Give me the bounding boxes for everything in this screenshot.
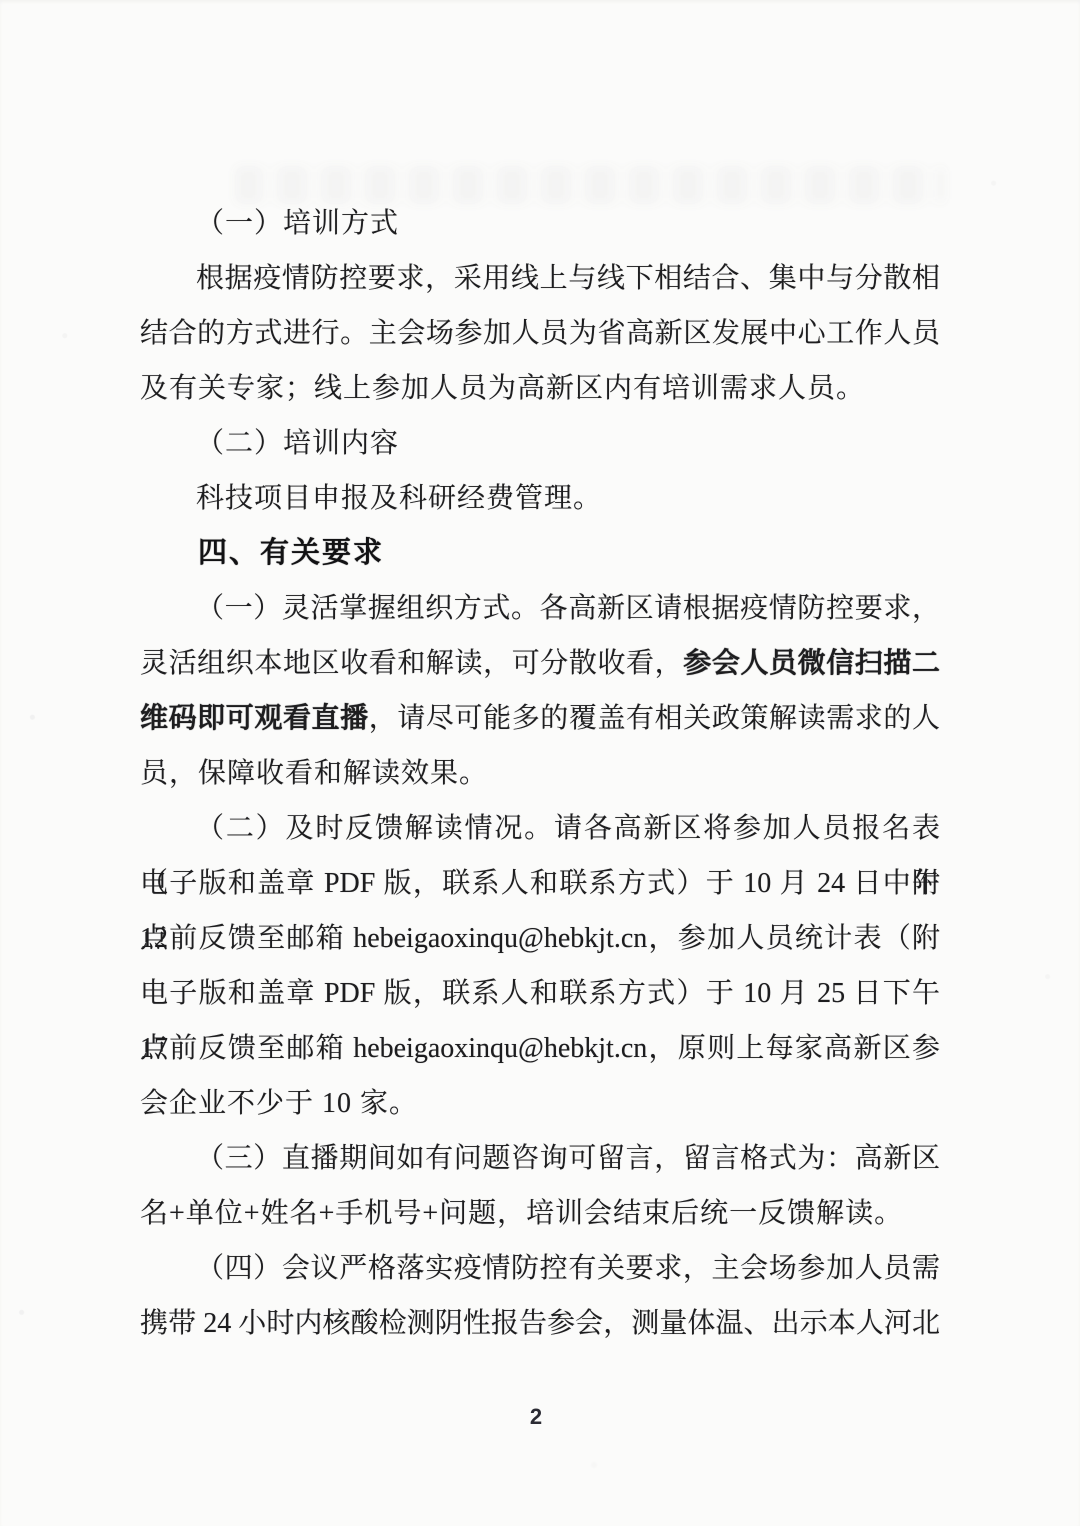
text-line: 科技项目申报及科研经费管理。 — [140, 471, 940, 526]
text-line: （一）灵活掌握组织方式。各高新区请根据疫情防控要求， — [140, 581, 940, 636]
text-line: （二）培训内容 — [140, 416, 940, 471]
document-body: （一）培训方式根据疫情防控要求，采用线上与线下相结合、集中与分散相结合的方式进行… — [140, 196, 940, 1351]
text-line: （二）及时反馈解读情况。请各高新区将参加人员报名表（附 — [140, 801, 940, 856]
text-segment: 及有关专家；线上参加人员为高新区内有培训需求人员。 — [140, 373, 865, 404]
text-line: 会企业不少于 10 家。 — [140, 1076, 940, 1131]
text-line: （一）培训方式 — [140, 196, 940, 251]
text-segment: 结合的方式进行。主会场参加人员为省高新区发展中心工作人员 — [140, 318, 940, 349]
text-line: （三）直播期间如有问题咨询可留言，留言格式为：高新区 — [140, 1131, 940, 1186]
section-heading: 四、有关要求 — [140, 526, 940, 581]
text-line: 点前反馈至邮箱 hebeigaoxinqu@hebkjt.cn，参加人员统计表（… — [140, 911, 940, 966]
text-line: 及有关专家；线上参加人员为高新区内有培训需求人员。 — [140, 361, 940, 416]
text-segment: （三）直播期间如有问题咨询可留言，留言格式为：高新区 — [196, 1143, 940, 1174]
text-line: 携带 24 小时内核酸检测阴性报告参会，测量体温、出示本人河北 — [140, 1296, 940, 1351]
text-segment: （二）培训内容 — [196, 428, 399, 459]
text-segment: 名+单位+姓名+手机号+问题，培训会结束后统一反馈解读。 — [140, 1198, 903, 1229]
text-line: 员，保障收看和解读效果。 — [140, 746, 940, 801]
text-segment: 点前反馈至邮箱 hebeigaoxinqu@hebkjt.cn，参加人员统计表（… — [140, 923, 940, 954]
text-segment: （一）灵活掌握组织方式。各高新区请根据疫情防控要求， — [196, 593, 940, 624]
text-segment: 携带 24 小时内核酸检测阴性报告参会，测量体温、出示本人河北 — [140, 1308, 940, 1339]
text-line: 点前反馈至邮箱 hebeigaoxinqu@hebkjt.cn，原则上每家高新区… — [140, 1021, 940, 1076]
text-segment: 点前反馈至邮箱 hebeigaoxinqu@hebkjt.cn，原则上每家高新区… — [140, 1033, 940, 1064]
text-line: 电子版和盖章 PDF 版，联系人和联系方式）于 10 月 24 日中午 12 — [140, 856, 940, 911]
text-segment: 灵活组织本地区收看和解读，可分散收看， — [140, 648, 683, 679]
text-segment: （四）会议严格落实疫情防控有关要求，主会场参加人员需 — [196, 1253, 940, 1284]
emphasized-text: 四、有关要求 — [198, 537, 384, 569]
text-line: 名+单位+姓名+手机号+问题，培训会结束后统一反馈解读。 — [140, 1186, 940, 1241]
document-page: （一）培训方式根据疫情防控要求，采用线上与线下相结合、集中与分散相结合的方式进行… — [0, 0, 1080, 1526]
text-segment: （一）培训方式 — [196, 208, 399, 239]
emphasized-text: 维码即可观看直播 — [140, 703, 369, 734]
text-segment: 员，保障收看和解读效果。 — [140, 758, 488, 789]
text-segment: ，请尽可能多的覆盖有相关政策解读需求的人 — [369, 703, 940, 734]
text-line: 根据疫情防控要求，采用线上与线下相结合、集中与分散相 — [140, 251, 940, 306]
text-line: 维码即可观看直播，请尽可能多的覆盖有相关政策解读需求的人 — [140, 691, 940, 746]
page-number: 2 — [0, 1402, 1072, 1432]
text-segment: 根据疫情防控要求，采用线上与线下相结合、集中与分散相 — [196, 263, 940, 294]
text-segment: 会企业不少于 10 家。 — [140, 1088, 418, 1119]
text-line: 结合的方式进行。主会场参加人员为省高新区发展中心工作人员 — [140, 306, 940, 361]
text-line: 电子版和盖章 PDF 版，联系人和联系方式）于 10 月 25 日下午 17 — [140, 966, 940, 1021]
text-line: （四）会议严格落实疫情防控有关要求，主会场参加人员需 — [140, 1241, 940, 1296]
text-line: 灵活组织本地区收看和解读，可分散收看，参会人员微信扫描二 — [140, 636, 940, 691]
text-segment: 科技项目申报及科研经费管理。 — [196, 483, 602, 514]
emphasized-text: 参会人员微信扫描二 — [683, 648, 940, 679]
